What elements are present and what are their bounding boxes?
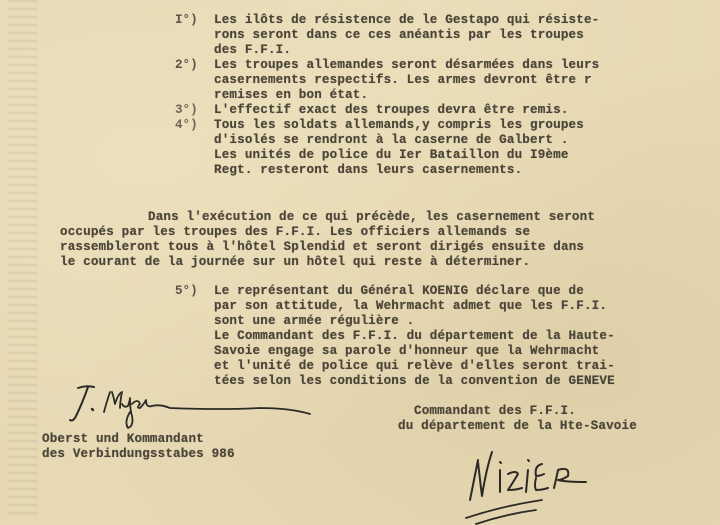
bleed-through-shadow bbox=[8, 0, 38, 520]
item-2-line-2: casernements respectifs. Les armes devro… bbox=[214, 73, 592, 88]
signature-nizier bbox=[462, 440, 602, 525]
item-5-line-2: par son attitude, la Wehrmacht admet que… bbox=[214, 299, 607, 314]
item-number-3: 3°) bbox=[175, 103, 198, 118]
item-5-line-5: Savoie engage sa parole d'honneur que la… bbox=[214, 344, 599, 359]
item-4-line-3: Les unités de police du Ier Bataillon du… bbox=[214, 148, 569, 163]
left-signatory-title-1: Oberst und Kommandant bbox=[42, 432, 204, 447]
item-1-line-3: des F.F.I. bbox=[214, 43, 291, 58]
right-signatory-title-1: Commandant des F.F.I. bbox=[414, 404, 576, 419]
item-5-line-3: sont une armée régulière . bbox=[214, 314, 414, 329]
item-number-5: 5°) bbox=[175, 284, 198, 299]
left-signatory-title-2: des Verbindungsstabes 986 bbox=[42, 447, 235, 462]
signature-meyer bbox=[60, 382, 320, 434]
document-page: I°) Les ilôts de résistence de le Gestap… bbox=[0, 0, 720, 525]
item-5-line-6: et l'unité de police qui relève d'elles … bbox=[214, 359, 615, 374]
paragraph-line-2: occupés par les troupes des F.F.I. Les o… bbox=[60, 225, 530, 240]
item-1-line-1: Les ilôts de résistence de le Gestapo qu… bbox=[214, 13, 599, 28]
item-5-line-4: Le Commandant des F.F.I. du département … bbox=[214, 329, 615, 344]
paragraph-line-3: rassembleront tous à l'hôtel Splendid et… bbox=[60, 240, 584, 255]
item-2-line-3: remises en bon état. bbox=[214, 88, 368, 103]
item-2-line-1: Les troupes allemandes seront désarmées … bbox=[214, 58, 599, 73]
item-4-line-1: Tous les soldats allemands,y compris les… bbox=[214, 118, 584, 133]
item-4-line-2: d'isolés se rendront à la caserne de Gal… bbox=[214, 133, 569, 148]
item-3-line-1: L'effectif exact des troupes devra être … bbox=[214, 103, 569, 118]
paragraph-line-4: le courant de la journée sur un hôtel qu… bbox=[60, 255, 530, 270]
item-number-1: I°) bbox=[175, 13, 198, 28]
item-number-4: 4°) bbox=[175, 118, 198, 133]
item-number-2: 2°) bbox=[175, 58, 198, 73]
item-1-line-2: rons seront dans ce ces anéantis par les… bbox=[214, 28, 584, 43]
item-4-line-4: Regt. resteront dans leurs casernements. bbox=[214, 163, 522, 178]
right-signatory-title-2: du département de la Hte-Savoie bbox=[398, 419, 637, 434]
item-5-line-1: Le représentant du Général KOENIG déclar… bbox=[214, 284, 584, 299]
paragraph-line-1: Dans l'exécution de ce qui précède, les … bbox=[148, 210, 595, 225]
